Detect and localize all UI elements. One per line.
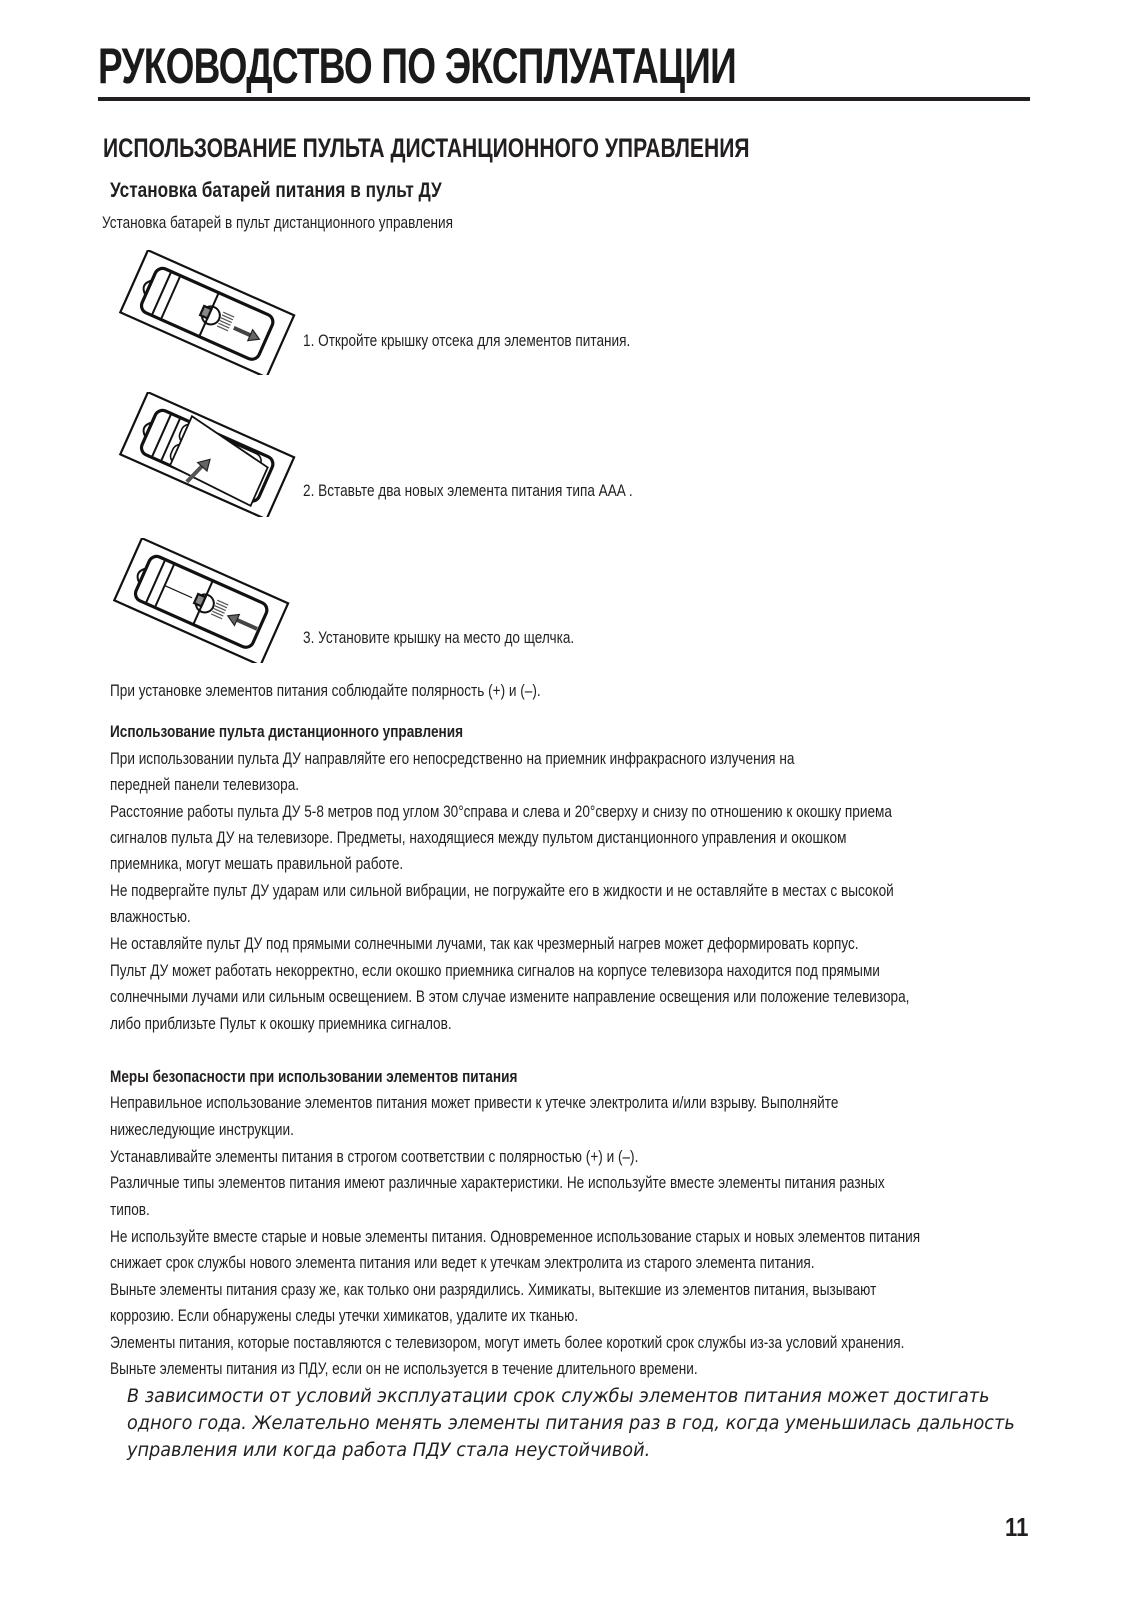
subsection-title: Установка батарей питания в пульт ДУ bbox=[110, 178, 442, 204]
usage-line: солнечными лучами или сильным освещением… bbox=[110, 986, 909, 1008]
title-rule bbox=[98, 97, 1030, 101]
safety-line: Элементы питания, которые поставляются с… bbox=[110, 1332, 904, 1354]
battery-life-note: В зависимости от условий эксплуатации ср… bbox=[127, 1384, 990, 1408]
step-3-text: 3. Установите крышку на место до щелчка. bbox=[303, 627, 574, 649]
battery-life-note: управления или когда работа ПДУ стала не… bbox=[127, 1438, 650, 1462]
safety-line: коррозию. Если обнаружены следы утечки х… bbox=[110, 1305, 578, 1327]
safety-line: Неправильное использование элементов пит… bbox=[110, 1092, 838, 1114]
safety-line: нижеследующие инструкции. bbox=[110, 1119, 294, 1141]
safety-line: Различные типы элементов питания имеют р… bbox=[110, 1172, 885, 1194]
step-1-text: 1. Откройте крышку отсека для элементов … bbox=[303, 330, 630, 352]
usage-line: Расстояние работы пульта ДУ 5-8 метров п… bbox=[110, 801, 892, 823]
step-2-text: 2. Вставьте два новых элемента питания т… bbox=[303, 480, 633, 502]
usage-line: приемника, могут мешать правильной работ… bbox=[110, 853, 403, 875]
usage-line: либо приблизьте Пульт к окошку приемника… bbox=[110, 1013, 452, 1035]
usage-line: передней панели телевизора. bbox=[110, 774, 299, 796]
usage-line: Не подвергайте пульт ДУ ударам или сильн… bbox=[110, 880, 894, 902]
page-number: 11 bbox=[1005, 1512, 1028, 1543]
safety-line: типов. bbox=[110, 1199, 150, 1221]
intro-text: Установка батарей в пульт дистанционного… bbox=[102, 212, 453, 234]
usage-line: При использовании пульта ДУ направляйте … bbox=[110, 748, 794, 770]
usage-line: Не оставляйте пульт ДУ под прямыми солне… bbox=[110, 933, 859, 955]
safety-line: Не используйте вместе старые и новые эле… bbox=[110, 1226, 920, 1248]
usage-line: влажностью. bbox=[110, 906, 191, 928]
remote-battery-insert-icon bbox=[118, 392, 298, 522]
usage-line: сигналов пульта ДУ на телевизоре. Предме… bbox=[110, 827, 846, 849]
safety-heading: Меры безопасности при использовании элем… bbox=[110, 1066, 517, 1088]
safety-line: Выньте элементы питания из ПДУ, если он … bbox=[110, 1358, 698, 1380]
remote-battery-cover-close-icon bbox=[112, 538, 292, 668]
page-title: РУКОВОДСТВО ПО ЭКСПЛУАТАЦИИ bbox=[98, 38, 736, 94]
safety-line: Выньте элементы питания сразу же, как то… bbox=[110, 1279, 876, 1301]
section-title: ИСПОЛЬЗОВАНИЕ ПУЛЬТА ДИСТАНЦИОННОГО УПРА… bbox=[103, 132, 749, 164]
safety-line: Устанавливайте элементы питания в строго… bbox=[110, 1146, 638, 1168]
remote-battery-cover-open-icon bbox=[118, 250, 298, 380]
polarity-note: При установке элементов питания соблюдай… bbox=[110, 680, 541, 702]
usage-heading: Использование пульта дистанционного упра… bbox=[110, 721, 463, 743]
usage-line: Пульт ДУ может работать некорректно, есл… bbox=[110, 960, 880, 982]
safety-line: снижает срок службы нового элемента пита… bbox=[110, 1252, 814, 1274]
battery-life-note: одного года. Желательно менять элементы … bbox=[127, 1411, 1015, 1435]
